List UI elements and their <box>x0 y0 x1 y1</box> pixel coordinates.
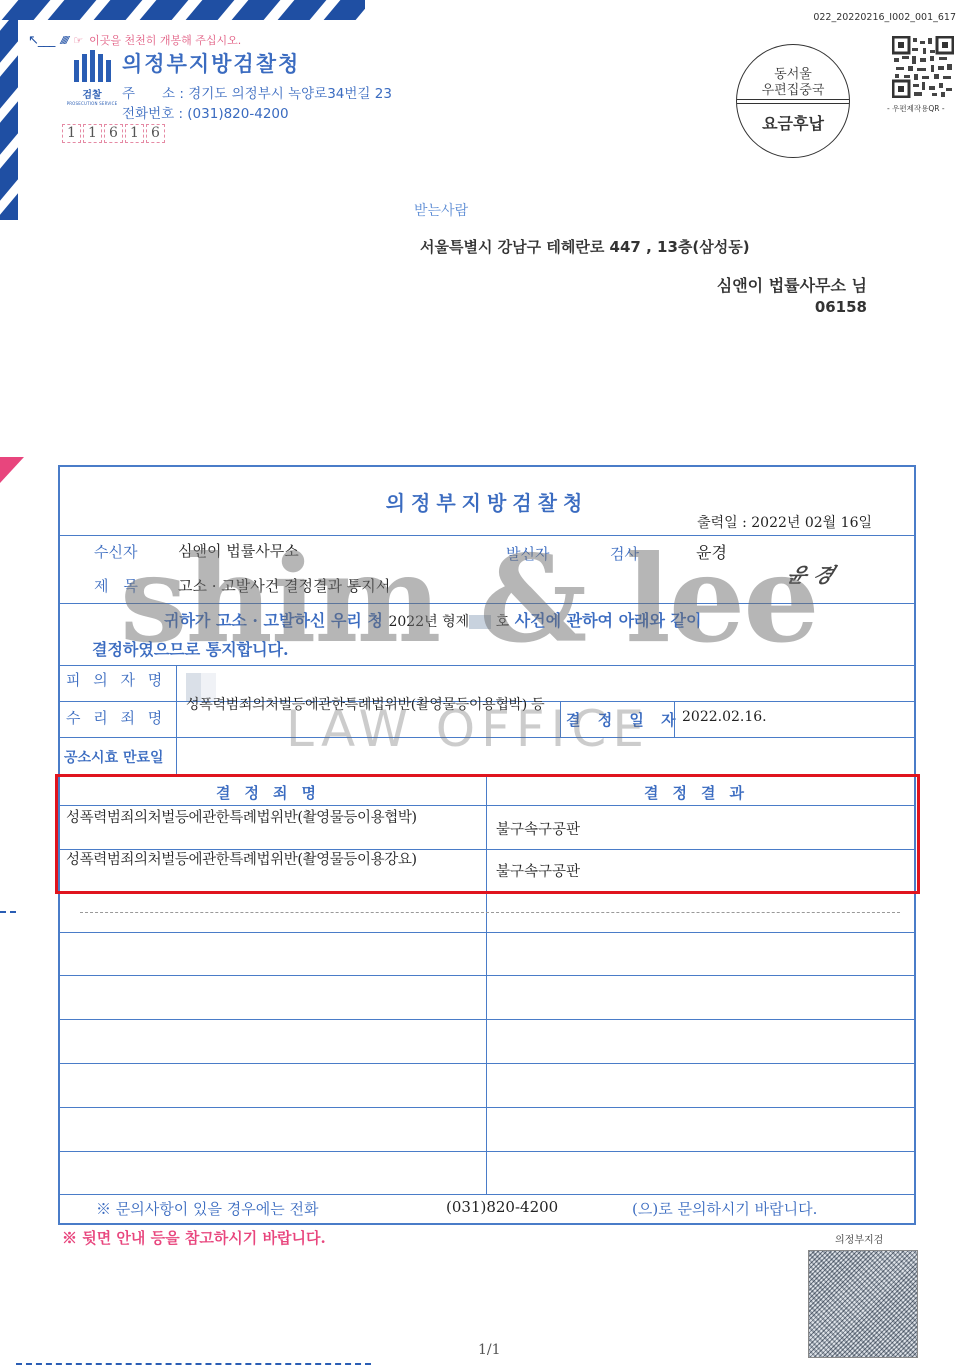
perforation-line <box>80 912 900 913</box>
inquiry-tel: (031)820-4200 <box>446 1198 558 1216</box>
divider <box>674 701 675 737</box>
divider <box>60 1063 914 1064</box>
envelope-stripe-top <box>0 0 365 20</box>
logo-bars-icon <box>62 50 122 82</box>
case-number: 2022년 형제 호 <box>388 614 509 630</box>
inquiry-note: ※ 문의사항이 있을 경우에는 전화 <box>96 1198 318 1219</box>
document-code: 022_20220216_I002_001_617 <box>813 12 956 23</box>
limitation-label: 공소시효 만료일 <box>64 747 164 767</box>
hand-icon: ☞ <box>73 34 83 47</box>
print-date: 출력일 : 2022년 02월 16일 <box>697 512 872 532</box>
highlight-box <box>55 774 920 894</box>
receiver-value: 심앤이 법률사무소 <box>178 540 299 561</box>
qr-caption: - 우편제작용QR - <box>887 103 945 114</box>
inquiry-tail: (으)로 문의하시기 바랍니다. <box>632 1198 817 1219</box>
page-number: 1/1 <box>478 1342 501 1358</box>
bottom-fold-mark <box>16 1363 371 1365</box>
divider <box>60 1194 914 1195</box>
suspect-label: 피 의 자 명 <box>66 669 166 690</box>
divider <box>60 1107 914 1108</box>
divider <box>560 701 561 737</box>
recipient-label: 받는사람 <box>414 200 468 220</box>
sender-name: 의정부지방검찰청 <box>122 48 300 78</box>
qr-bottom-label: 의정부지검 <box>835 1231 883 1246</box>
divider <box>60 665 914 666</box>
pink-corner-mark <box>0 457 24 483</box>
notice-line-2: 결정하였으므로 통지합니다. <box>92 637 289 660</box>
divider <box>60 1019 914 1020</box>
recipient-address: 서울특별시 강남구 테헤란로 447 , 13층(삼성동) <box>420 236 750 257</box>
divider <box>60 535 914 536</box>
divider <box>60 737 914 738</box>
sender-tel: 전화번호 : (031)820-4200 <box>122 102 289 122</box>
open-hint: ↖___ ///// ☞ 이곳을 천천히 개봉해 주십시오. <box>28 32 241 48</box>
divider <box>60 1151 914 1152</box>
sender-label: 발신자 <box>506 543 549 564</box>
qr-code-icon <box>892 36 954 98</box>
subject-label: 제 목 <box>94 575 138 596</box>
sender-zip: 1 1 6 1 6 <box>62 124 165 143</box>
fold-mark <box>0 911 16 913</box>
decision-date-value: 2022.02.16. <box>682 709 767 725</box>
divider <box>60 975 914 976</box>
recipient-name: 심앤이 법률사무소 님 <box>717 273 867 296</box>
charge-value: 성폭력범죄의처벌등에관한특례법위반(촬영물등이용협박) 등 <box>186 699 558 712</box>
postmark-divider <box>737 99 849 104</box>
divider <box>60 603 914 604</box>
recipient-zip: 06158 <box>815 298 867 316</box>
subject-value: 고소 · 고발사건 결정결과 통지서 <box>178 575 390 596</box>
sender-address: 주 소 : 경기도 의정부시 녹양로34번길 23 <box>122 82 392 102</box>
prosecution-logo: 검찰 PROSECUTION SERVICE <box>62 50 122 106</box>
redacted-number <box>469 615 491 629</box>
divider <box>60 932 914 933</box>
verification-code-icon <box>808 1250 918 1358</box>
divider <box>176 665 177 775</box>
postmark-stamp: 동서울 우편집중국 요금후납 <box>736 44 850 158</box>
hatch-icon: ///// <box>60 35 67 46</box>
charge-label: 수 리 죄 명 <box>66 707 166 728</box>
notice-line-1: 귀하가 고소 · 고발하신 우리 청 2022년 형제 호 사건에 관하여 아래… <box>164 608 701 631</box>
receiver-label: 수신자 <box>94 541 137 562</box>
prosecutor-label: 검사 <box>610 543 639 564</box>
prosecutor-signature: 윤 경 <box>783 559 839 588</box>
envelope-stripe-left <box>0 0 18 220</box>
back-side-note: ※ 뒷면 안내 등을 참고하시기 바랍니다. <box>62 1227 326 1248</box>
prosecutor-name: 윤경 <box>696 540 727 563</box>
tear-arrow-icon: ↖___ <box>28 33 54 48</box>
decision-date-label: 결 정 일 자 <box>566 709 682 730</box>
